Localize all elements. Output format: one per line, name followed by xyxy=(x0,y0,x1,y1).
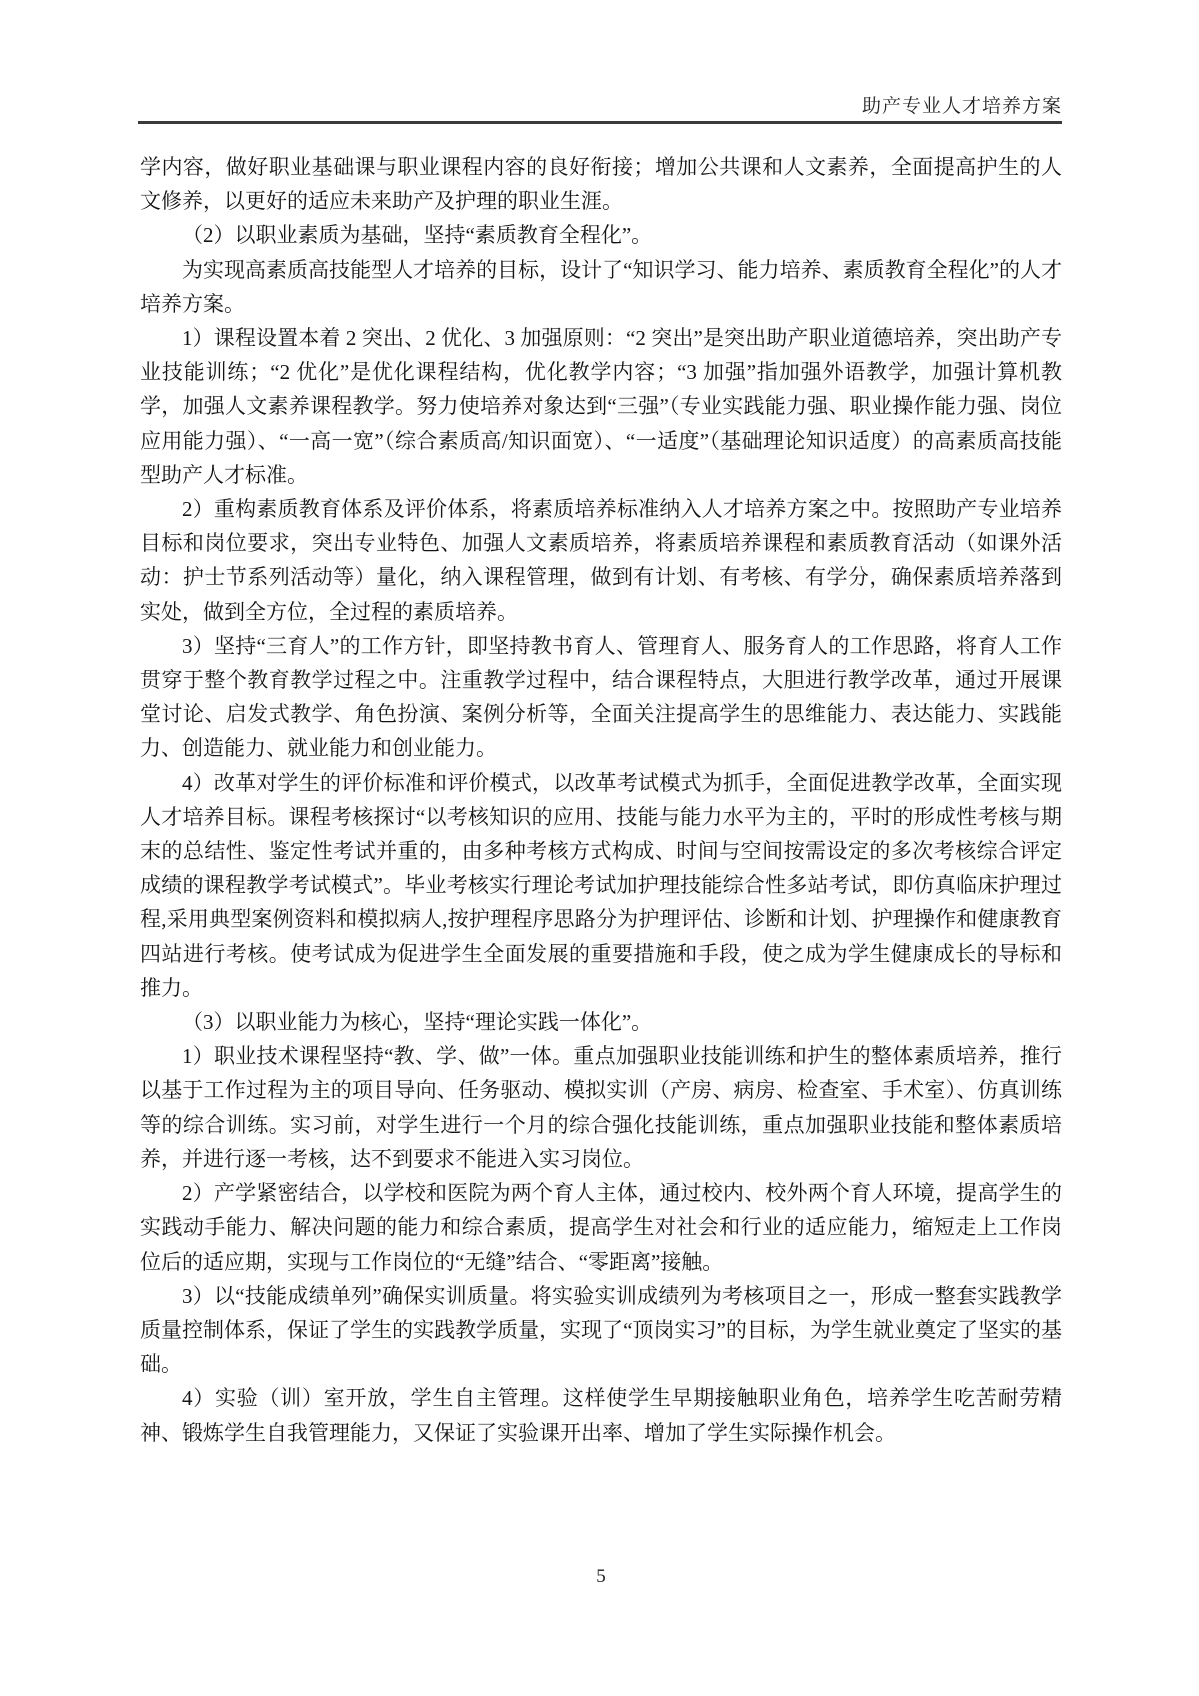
paragraph: （2）以职业素质为基础，坚持“素质教育全程化”。 xyxy=(140,218,1062,252)
paragraph: 1）职业技术课程坚持“教、学、做”一体。重点加强职业技能训练和护生的整体素质培养… xyxy=(140,1039,1062,1176)
paragraph: 学内容，做好职业基础课与职业课程内容的良好衔接；增加公共课和人文素养，全面提高护… xyxy=(140,150,1062,218)
paragraph: 1）课程设置本着 2 突出、2 优化、3 加强原则：“2 突出”是突出助产职业道… xyxy=(140,321,1062,492)
page-header-title: 助产专业人才培养方案 xyxy=(140,95,1062,119)
paragraph: 2）重构素质教育体系及评价体系，将素质培养标准纳入人才培养方案之中。按照助产专业… xyxy=(140,492,1062,629)
paragraph: 4）实验（训）室开放，学生自主管理。这样使学生早期接触职业角色，培养学生吃苦耐劳… xyxy=(140,1381,1062,1449)
header-divider-rule xyxy=(138,121,1062,124)
page-number: 5 xyxy=(140,1566,1062,1588)
paragraph: （3）以职业能力为核心，坚持“理论实践一体化”。 xyxy=(140,1005,1062,1039)
document-page: 助产专业人才培养方案 学内容，做好职业基础课与职业课程内容的良好衔接；增加公共课… xyxy=(0,0,1199,1696)
paragraph: 为实现高素质高技能型人才培养的目标，设计了“知识学习、能力培养、素质教育全程化”… xyxy=(140,253,1062,321)
paragraph: 3）坚持“三育人”的工作方针，即坚持教书育人、管理育人、服务育人的工作思路，将育… xyxy=(140,629,1062,766)
paragraph: 4）改革对学生的评价标准和评价模式，以改革考试模式为抓手，全面促进教学改革，全面… xyxy=(140,766,1062,1005)
paragraph: 2）产学紧密结合，以学校和医院为两个育人主体，通过校内、校外两个育人环境，提高学… xyxy=(140,1176,1062,1279)
paragraph: 3）以“技能成绩单列”确保实训质量。将实验实训成绩列为考核项目之一，形成一整套实… xyxy=(140,1279,1062,1382)
document-body: 学内容，做好职业基础课与职业课程内容的良好衔接；增加公共课和人文素养，全面提高护… xyxy=(140,150,1062,1450)
